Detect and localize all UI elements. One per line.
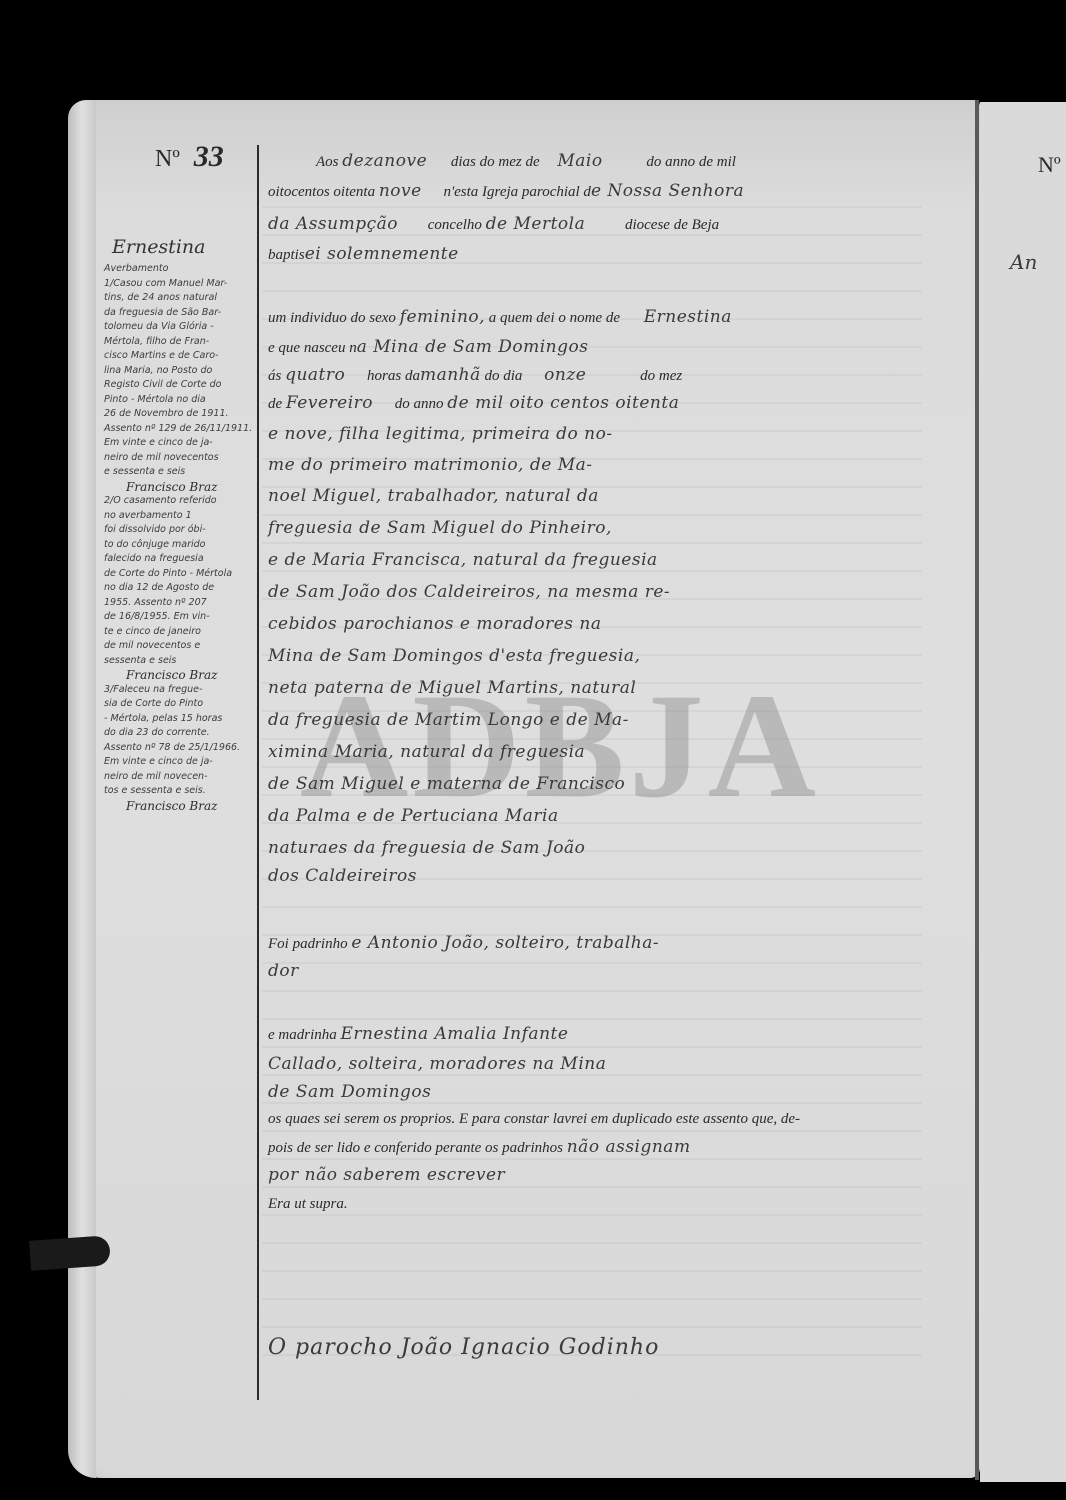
margin-divider: [257, 145, 259, 1400]
closing-line: pois de ser lido e conferido perante os …: [268, 1136, 918, 1159]
note-line: Registo Civil de Corte do: [104, 378, 256, 393]
note-line: Mértola, filho de Fran-: [104, 335, 256, 350]
printed-text: do anno: [395, 396, 444, 412]
note-line: Assento nº 78 de 25/1/1966.: [104, 741, 256, 756]
closing-line: os quaes sei serem os proprios. E para c…: [268, 1108, 918, 1130]
printed-text: ás: [268, 368, 281, 384]
printed-text: dias do mez de: [451, 154, 540, 170]
entry-number: Nº33: [155, 140, 224, 174]
record-line-council: da Assumpção concelho de Mertola diocese…: [268, 213, 918, 236]
printed-text: diocese de Beja: [625, 217, 719, 233]
handwritten-name: Ernestina: [644, 307, 732, 327]
note-line: sia de Corte do Pinto: [104, 697, 256, 712]
handwritten-year: de mil oito centos oitenta: [447, 393, 679, 413]
record-body-line: me do primeiro matrimonio, de Ma-: [268, 454, 918, 476]
printed-text: e madrinha: [268, 1027, 337, 1043]
record-body-line: ximina Maria, natural da freguesia: [268, 741, 918, 763]
margin-signature: Francisco Braz: [104, 668, 256, 683]
record-line-date: Aos dezanove dias do mez de Maio do anno…: [268, 150, 918, 173]
printed-text: baptis: [268, 247, 305, 263]
printed-text: de: [268, 396, 282, 412]
note-line: no dia 12 de Agosto de: [104, 581, 256, 596]
printed-text: um individuo do sexo: [268, 310, 396, 326]
book-spine: [975, 100, 979, 1480]
record-body-line: naturaes da freguesia de Sam João: [268, 837, 918, 859]
closing-line: por não saberem escrever: [268, 1164, 918, 1186]
handwritten-period: manhã: [420, 365, 481, 385]
record-body-line: dos Caldeireiros: [268, 865, 918, 887]
record-body-line: noel Miguel, trabalhador, natural da: [268, 485, 918, 507]
printed-text: Foi padrinho: [268, 936, 348, 952]
margin-annotation-1: Averbamento 1/Casou com Manuel Mar- tins…: [104, 262, 256, 813]
note-line: tolomeu da Via Glória -: [104, 320, 256, 335]
bookmark-ribbon: [29, 1235, 111, 1271]
note-line: to do cônjuge marido: [104, 538, 256, 553]
note-line: 1/Casou com Manuel Mar-: [104, 277, 256, 292]
record-line-year: oitocentos oitenta nove n'esta Igreja pa…: [268, 180, 918, 203]
printed-text: a quem dei o nome de: [489, 310, 620, 326]
record-body-line: Mina de Sam Domingos d'esta freguesia,: [268, 645, 918, 667]
note-line: 1955. Assento nº 207: [104, 596, 256, 611]
note-line: cisco Martins e de Caro-: [104, 349, 256, 364]
godmother-line-cont: Callado, solteira, moradores na Mina: [268, 1053, 918, 1075]
closing-line: Era ut supra.: [268, 1193, 918, 1215]
register-page-right: [980, 102, 1066, 1482]
note-line: do dia 23 do corrente.: [104, 726, 256, 741]
record-body-line: da Palma e de Pertuciana Maria: [268, 805, 918, 827]
record-body-line: e de Maria Francisca, natural da fregues…: [268, 549, 918, 571]
printed-text: do anno de mil: [646, 154, 736, 170]
margin-baptized-name: Ernestina: [112, 236, 205, 258]
next-page-handwriting: An: [1010, 250, 1037, 274]
handwritten-month: Maio: [557, 151, 602, 171]
record-body-line: e nove, filha legitima, primeira do no-: [268, 423, 918, 445]
note-line: neiro de mil novecen-: [104, 770, 256, 785]
godmother-line-cont: de Sam Domingos: [268, 1081, 918, 1103]
record-body-line: de Sam Miguel e materna de Francisco: [268, 773, 918, 795]
page-edge: [68, 100, 96, 1478]
handwritten-month: Fevereiro: [286, 393, 373, 413]
margin-signature: Francisco Braz: [104, 799, 256, 814]
printed-text: horas da: [367, 368, 420, 384]
printed-text: concelho: [428, 217, 482, 233]
handwritten-parish: e Nossa Senhora: [591, 181, 744, 201]
note-line: no averbamento 1: [104, 509, 256, 524]
note-line: tins, de 24 anos natural: [104, 291, 256, 306]
entry-label: Nº: [155, 146, 180, 172]
printed-text: e que nasceu n: [268, 340, 357, 356]
note-line: Em vinte e cinco de ja-: [104, 755, 256, 770]
note-line: Pinto - Mértola no dia: [104, 393, 256, 408]
note-line: e sessenta e seis: [104, 465, 256, 480]
handwritten-godmother: Ernestina Amalia Infante: [341, 1024, 569, 1044]
record-body-line: freguesia de Sam Miguel do Pinheiro,: [268, 517, 918, 539]
note-line: Assento nº 129 de 26/11/1911.: [104, 422, 256, 437]
note-line: tos e sessenta e seis.: [104, 784, 256, 799]
handwritten-hour: quatro: [285, 365, 345, 385]
note-line: Em vinte e cinco de ja-: [104, 436, 256, 451]
record-body-line: cebidos parochianos e moradores na: [268, 613, 918, 635]
printed-text: do mez: [640, 368, 682, 384]
printed-text: do dia: [485, 368, 523, 384]
handwritten-parish: da Assumpção: [268, 214, 398, 234]
note-line: 26 de Novembro de 1911.: [104, 407, 256, 422]
printed-text: pois de ser lido e conferido perante os …: [268, 1140, 563, 1156]
record-line-sex-name: um individuo do sexo feminino, a quem de…: [268, 306, 918, 329]
handwritten-text: não assignam: [567, 1137, 691, 1157]
record-body-line: neta paterna de Miguel Martins, natural: [268, 677, 918, 699]
handwritten-birthplace: a Mina de Sam Domingos: [357, 337, 589, 357]
next-page-entry-label: Nº: [1038, 152, 1061, 178]
note-line: sessenta e seis: [104, 654, 256, 669]
handwritten-sex: feminino,: [400, 307, 485, 327]
record-body-line: de Sam João dos Caldeireiros, na mesma r…: [268, 581, 918, 603]
godfather-line: Foi padrinho e Antonio João, solteiro, t…: [268, 932, 918, 955]
note-line: foi dissolvido por óbi-: [104, 523, 256, 538]
note-line: de Corte do Pinto - Mértola: [104, 567, 256, 582]
handwritten-year: nove: [379, 181, 422, 201]
note-line: falecido na freguesia: [104, 552, 256, 567]
handwritten-text: ei solemnemente: [305, 244, 459, 264]
note-line: de 16/8/1955. Em vin-: [104, 610, 256, 625]
note-line: de mil novecentos e: [104, 639, 256, 654]
priest-signature: O parocho João Ignacio Godinho: [268, 1335, 659, 1360]
printed-text: oitocentos oitenta: [268, 184, 375, 200]
handwritten-day: dezanove: [342, 151, 427, 171]
record-line-birth-year: de Fevereiro do anno de mil oito centos …: [268, 392, 918, 415]
entry-number-value: 33: [194, 140, 224, 173]
godmother-line: e madrinha Ernestina Amalia Infante: [268, 1023, 918, 1046]
note-line: 2/O casamento referido: [104, 494, 256, 509]
handwritten-day: onze: [544, 365, 586, 385]
handwritten-godfather: e Antonio João, solteiro, trabalha-: [351, 933, 659, 953]
record-line-birth-time: ás quatro horas damanhã do dia onze do m…: [268, 364, 918, 387]
note-line: lina Maria, no Posto do: [104, 364, 256, 379]
printed-text: Aos: [316, 154, 339, 170]
record-line-baptism: baptisei solemnemente: [268, 243, 918, 266]
note-line: te e cinco de janeiro: [104, 625, 256, 640]
record-line-birthplace: e que nasceu na Mina de Sam Domingos: [268, 336, 918, 359]
record-body-line: da freguesia de Martim Longo e de Ma-: [268, 709, 918, 731]
note-line: - Mértola, pelas 15 horas: [104, 712, 256, 727]
note-line: Averbamento: [104, 262, 256, 277]
handwritten-council: de Mertola: [486, 214, 586, 234]
note-line: neiro de mil novecentos: [104, 451, 256, 466]
note-line: 3/Faleceu na fregue-: [104, 683, 256, 698]
printed-text: n'esta Igreja parochial d: [443, 184, 591, 200]
note-line: da freguesia de São Bar-: [104, 306, 256, 321]
godfather-line-cont: dor: [268, 960, 918, 982]
margin-signature: Francisco Braz: [104, 480, 256, 495]
